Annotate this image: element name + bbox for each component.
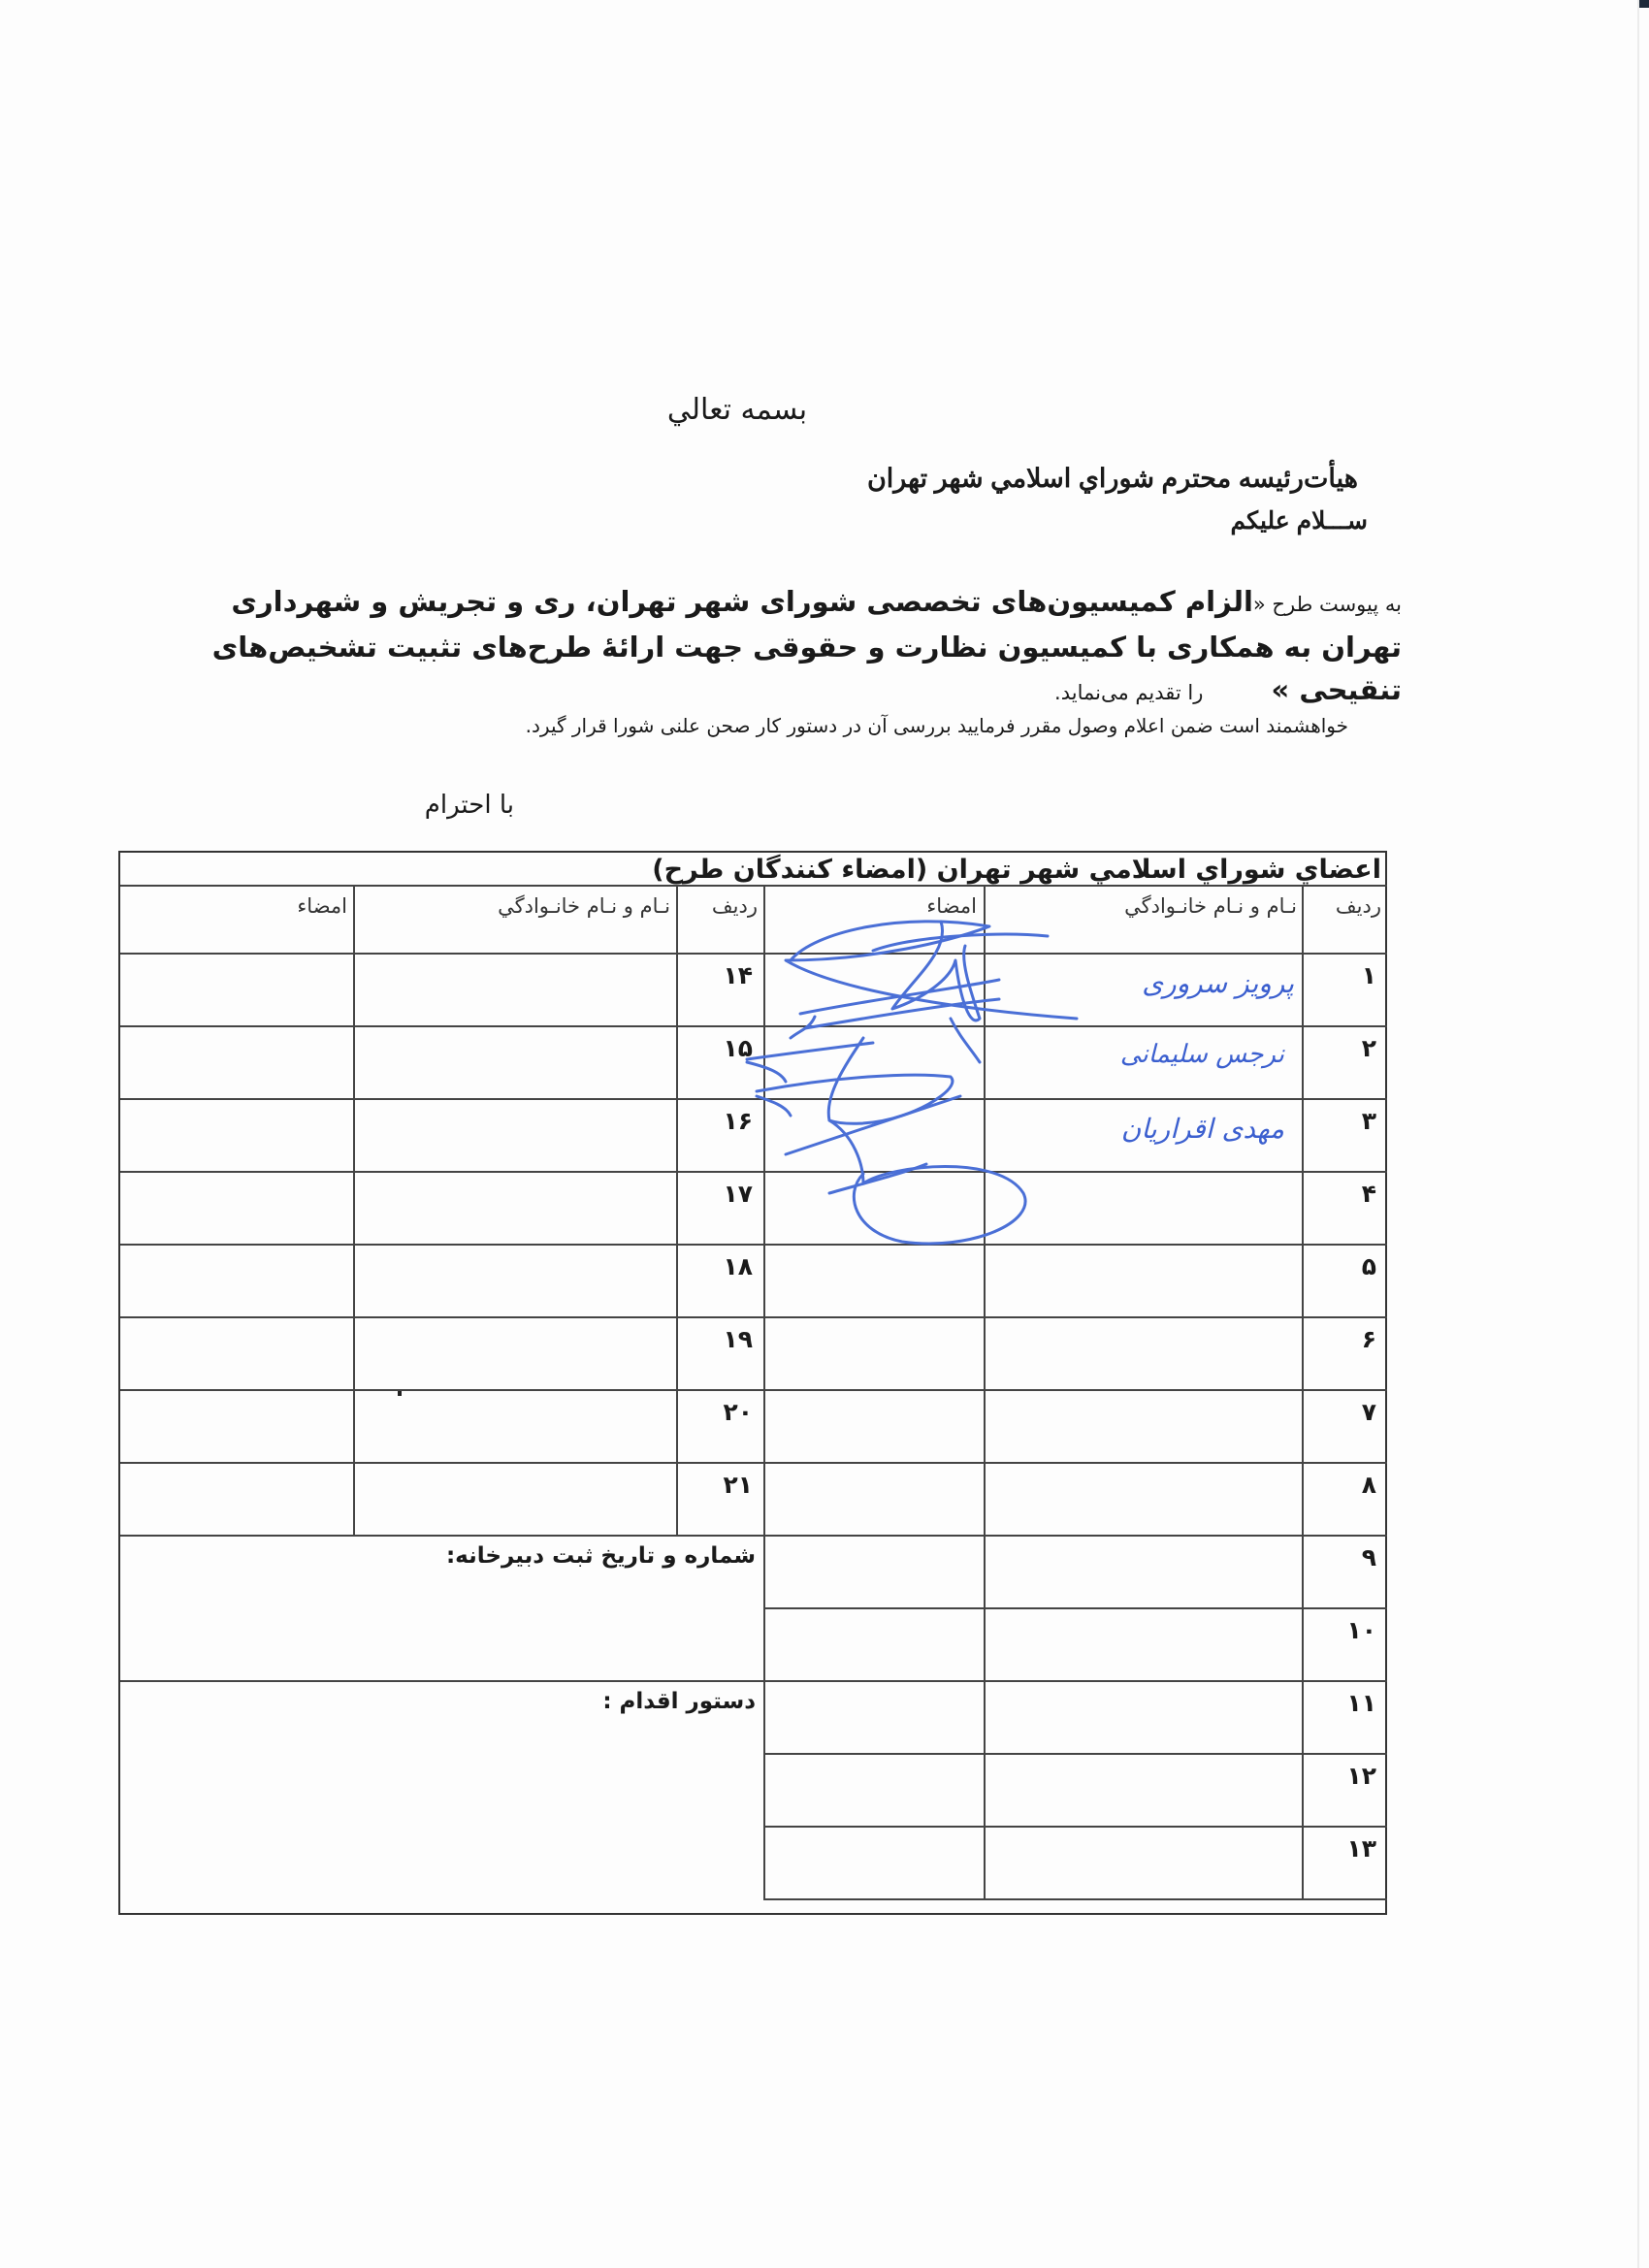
row-number: ۴ (1309, 1180, 1376, 1208)
closing: با احترام (339, 791, 514, 820)
row-divider (120, 1462, 1387, 1464)
row-divider (120, 1316, 1387, 1318)
registry-label: شماره و تاريخ ثبت دبيرخانه: (130, 1543, 756, 1569)
row-number: ۲۰ (683, 1398, 753, 1426)
invocation-heading: بسمه تعالي (621, 393, 854, 427)
row-number: ۶ (1309, 1325, 1376, 1353)
header-signature: امضاء (124, 891, 347, 921)
row-number: ۲ (1309, 1034, 1376, 1062)
row-number: ۱۴ (683, 961, 753, 989)
row-divider (120, 1025, 1387, 1027)
row-number: ۱۷ (683, 1180, 753, 1208)
row-number: ۱۹ (683, 1325, 753, 1353)
row-divider (763, 1753, 1387, 1755)
row-number: ۹ (1309, 1543, 1376, 1571)
header-name: نـام و نـام خانـوادگي (358, 891, 670, 921)
proposal-title: الزام کمیسیون‌های تخصصی شورای شهر تهران،… (212, 585, 1402, 706)
row-number: ۱۳ (1309, 1834, 1376, 1863)
row-number: ۲۱ (683, 1471, 753, 1499)
header-divider (120, 953, 1387, 955)
scan-edge-line (1637, 0, 1639, 2268)
row-number: ۱۶ (683, 1107, 753, 1135)
row-divider (120, 1244, 1387, 1246)
row-number: ۱۲ (1309, 1762, 1376, 1790)
header-row-no: رديف (680, 891, 758, 921)
signature-stroke (737, 1028, 873, 1106)
row-number: ۱ (1309, 961, 1376, 989)
signatories-table: اعضاي شوراي اسلامي شهر تهران (امضاء كنند… (118, 851, 1387, 1915)
body-tail: را تقدیم می‌نماید. (1054, 681, 1203, 704)
row-divider (763, 1607, 1387, 1609)
row-number: ۵ (1309, 1252, 1376, 1280)
section-divider (120, 1680, 1387, 1682)
row-divider (763, 1826, 1387, 1828)
row-divider (120, 1171, 1387, 1173)
col-divider (676, 885, 678, 1535)
request-text: خواهشمند است ضمن اعلام وصول مقرر فرمایید… (485, 714, 1348, 737)
title-divider (120, 885, 1387, 887)
row-number: ۸ (1309, 1471, 1376, 1499)
header-row-no: رديف (1306, 891, 1381, 921)
action-label: دستور اقدام : (130, 1689, 756, 1714)
addressee: هيأت‌رئيسه محترم شوراي اسلامي شهر تهران (854, 464, 1358, 494)
row-divider (120, 1535, 1387, 1537)
body-lead: به پیوست طرح « (1253, 593, 1402, 616)
table-title: اعضاي شوراي اسلامي شهر تهران (امضاء كنند… (411, 855, 1381, 885)
row-number: ۱۸ (683, 1252, 753, 1280)
letter-body: به پیوست طرح «الزام کمیسیون‌های تخصصی شو… (155, 580, 1402, 714)
row-number: ۱۱ (1309, 1689, 1376, 1717)
stray-dot (398, 1391, 402, 1396)
row-divider (763, 1898, 1387, 1900)
col-divider (1302, 885, 1304, 1898)
row-number: ۳ (1309, 1107, 1376, 1135)
scan-edge-mark (1639, 0, 1649, 8)
col-divider (353, 885, 355, 1535)
row-number: ۷ (1309, 1398, 1376, 1426)
row-divider (120, 1389, 1387, 1391)
greeting: ســـلام عليكم (854, 506, 1368, 535)
row-number: ۱۰ (1309, 1616, 1376, 1644)
